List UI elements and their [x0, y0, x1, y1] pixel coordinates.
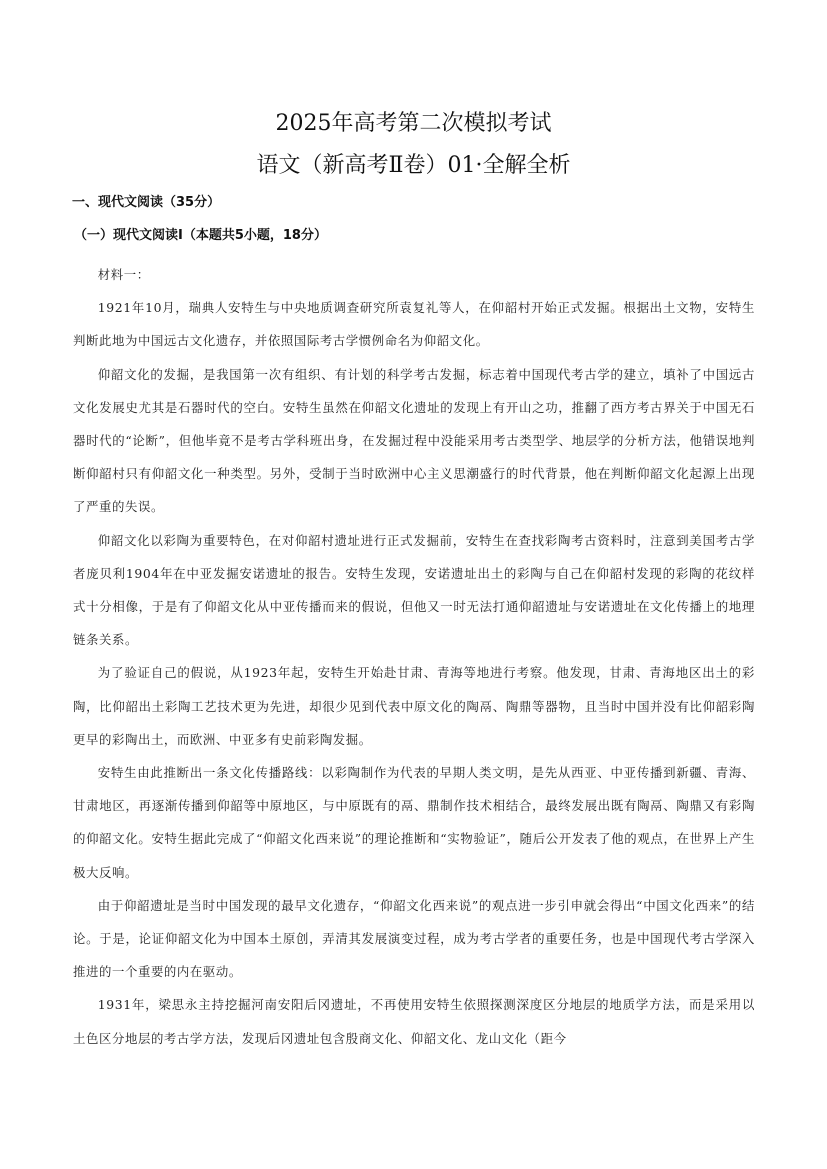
document-page: 2025年高考第二次模拟考试 语文（新高考Ⅱ卷）01·全解全析 一、现代文阅读（… — [0, 0, 827, 1169]
document-title: 2025年高考第二次模拟考试 — [0, 108, 827, 140]
document-subtitle: 语文（新高考Ⅱ卷）01·全解全析 — [0, 150, 827, 182]
subsection-heading: （一）现代文阅读Ⅰ（本题共5小题，18分） — [74, 226, 327, 246]
paragraph: 1931年，梁思永主持挖掘河南安阳后冈遗址，不再使用安特生依照探测深度区分地层的… — [73, 988, 755, 1054]
paragraph: 由于仰韶遗址是当时中国发现的最早文化遗存，“仰韶文化西来说”的观点进一步引申就会… — [73, 889, 755, 989]
section-heading: 一、现代文阅读（35分） — [72, 193, 220, 213]
material-label: 材料一： — [73, 258, 755, 291]
paragraph: 为了验证自己的假说，从1923年起，安特生开始赴甘肃、青海等地进行考察。他发现，… — [73, 656, 755, 756]
paragraph: 安特生由此推断出一条文化传播路线：以彩陶制作为代表的早期人类文明，是先从西亚、中… — [73, 756, 755, 889]
document-body: 材料一： 1921年10月，瑞典人安特生与中央地质调查研究所袁复礼等人，在仰韶村… — [73, 258, 755, 1055]
paragraph: 仰韶文化以彩陶为重要特色，在对仰韶村遗址进行正式发掘前，安特生在查找彩陶考古资料… — [73, 524, 755, 657]
paragraph: 1921年10月，瑞典人安特生与中央地质调查研究所袁复礼等人，在仰韶村开始正式发… — [73, 291, 755, 357]
paragraph: 仰韶文化的发掘，是我国第一次有组织、有计划的科学考古发掘，标志着中国现代考古学的… — [73, 358, 755, 524]
